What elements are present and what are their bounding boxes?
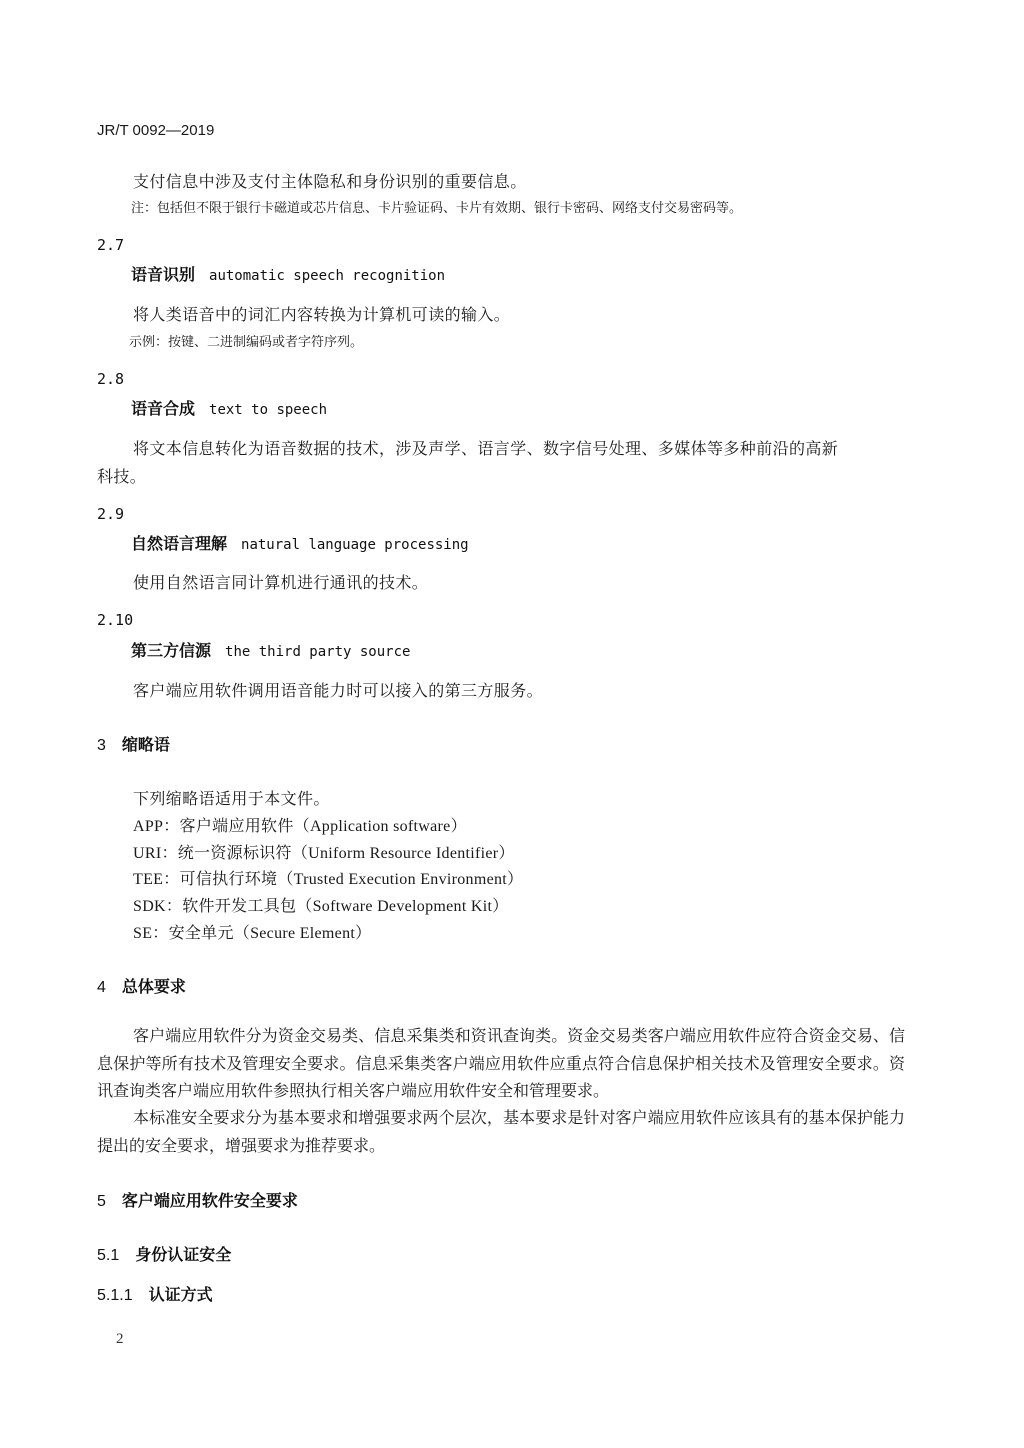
term-zh: 自然语言理解 <box>131 534 227 553</box>
section-title: 总体要求 <box>122 977 186 996</box>
section-title: 认证方式 <box>149 1285 213 1304</box>
page-number: 2 <box>116 1331 124 1348</box>
abbreviation-app: APP：客户端应用软件（Application software） <box>133 813 467 836</box>
section-4-paragraph-2: 本标准安全要求分为基本要求和增强要求两个层次，基本要求是针对客户端应用软件应该具… <box>97 1104 905 1159</box>
term-definition-2-10: 客户端应用软件调用语音能力时可以接入的第三方服务。 <box>133 678 543 701</box>
section-3-heading: 3缩略语 <box>97 732 170 755</box>
term-en: natural language processing <box>241 537 469 553</box>
abbreviation-sdk: SDK：软件开发工具包（Software Development Kit） <box>133 893 509 916</box>
abbreviation-se: SE：安全单元（Secure Element） <box>133 920 371 943</box>
section-title: 缩略语 <box>122 735 170 754</box>
section-5-heading: 5客户端应用软件安全要求 <box>97 1188 298 1211</box>
term-en: automatic speech recognition <box>209 268 445 284</box>
section-number: 5.1.1 <box>97 1287 133 1304</box>
section-4-paragraph-1: 客户端应用软件分为资金交易类、信息采集类和资讯查询类。资金交易类客户端应用软件应… <box>97 1022 905 1105</box>
abbreviation-tee: TEE：可信执行环境（Trusted Execution Environment… <box>133 866 523 889</box>
term-definition-2-9: 使用自然语言同计算机进行通讯的技术。 <box>133 570 428 593</box>
term-definition-2-7: 将人类语音中的词汇内容转换为计算机可读的输入。 <box>133 302 510 325</box>
section-number: 5.1 <box>97 1247 119 1264</box>
term-number-2-8: 2.8 <box>97 370 124 388</box>
section-number: 5 <box>97 1193 106 1210</box>
term-number-2-9: 2.9 <box>97 505 124 523</box>
term-number-2-10: 2.10 <box>97 611 133 629</box>
term-heading-2-7: 语音识别automatic speech recognition <box>131 262 445 285</box>
term-definition-2-8-line1: 将文本信息转化为语音数据的技术，涉及声学、语言学、数字信号处理、多媒体等多种前沿… <box>133 436 838 459</box>
term-heading-2-9: 自然语言理解natural language processing <box>131 531 469 554</box>
prev-term-note: 注：包括但不限于银行卡磁道或芯片信息、卡片验证码、卡片有效期、银行卡密码、网络支… <box>131 197 742 216</box>
section-number: 4 <box>97 979 106 996</box>
term-number-2-7: 2.7 <box>97 236 124 254</box>
term-example-2-7: 示例：按键、二进制编码或者字符序列。 <box>129 331 363 350</box>
section-5-1-1-heading: 5.1.1认证方式 <box>97 1282 213 1305</box>
prev-term-definition: 支付信息中涉及支付主体隐私和身份识别的重要信息。 <box>133 169 527 192</box>
section-5-1-heading: 5.1身份认证安全 <box>97 1242 231 1265</box>
section-number: 3 <box>97 737 106 754</box>
section-title: 客户端应用软件安全要求 <box>122 1191 298 1210</box>
term-en: the third party source <box>225 644 410 660</box>
standard-code-header: JR/T 0092—2019 <box>97 122 214 139</box>
term-zh: 语音合成 <box>131 399 195 418</box>
abbreviations-intro: 下列缩略语适用于本文件。 <box>133 786 330 809</box>
term-heading-2-8: 语音合成text to speech <box>131 396 327 419</box>
term-zh: 第三方信源 <box>131 641 211 660</box>
section-title: 身份认证安全 <box>135 1245 231 1264</box>
term-heading-2-10: 第三方信源the third party source <box>131 638 410 661</box>
term-zh: 语音识别 <box>131 265 195 284</box>
term-en: text to speech <box>209 402 327 418</box>
term-definition-2-8-line2: 科技。 <box>97 464 146 487</box>
abbreviation-uri: URI：统一资源标识符（Uniform Resource Identifier） <box>133 840 515 863</box>
section-4-heading: 4总体要求 <box>97 974 186 997</box>
